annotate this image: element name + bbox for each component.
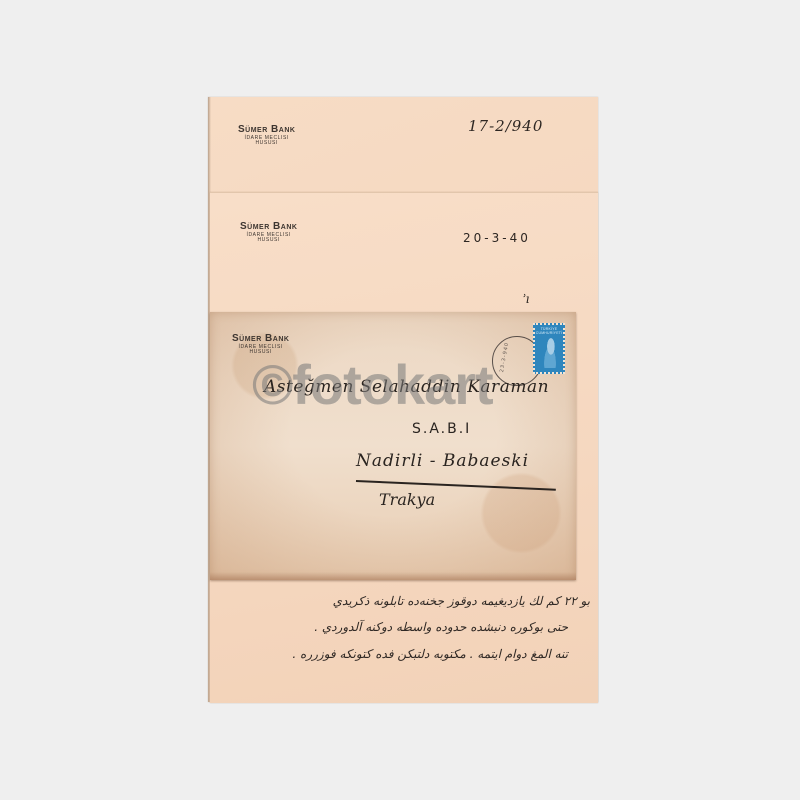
- handwritten-date-middle: 20-3-40: [463, 231, 531, 245]
- address-place: Nadirli - Babaeski: [356, 451, 529, 471]
- portrait-icon: [541, 338, 559, 368]
- letterhead-line2: Hususi: [240, 238, 297, 244]
- bank-name: Sümer Bank: [240, 221, 297, 233]
- postage-stamp: TÜRKİYE CUMHURİYETİ: [533, 323, 565, 374]
- address-region: Trakya: [379, 490, 435, 509]
- letterhead-middle: Sümer Bank İdare Meclisi Hususi: [240, 221, 297, 244]
- stamp-country: TÜRKİYE CUMHURİYETİ: [535, 327, 563, 335]
- letterhead-line2: Hususi: [232, 350, 289, 356]
- address-unit: S.A.B.I: [412, 421, 471, 437]
- margin-handwriting: ʾı: [522, 292, 530, 306]
- letter-body-line: تنه المغ دوام ايتمه . مكتوبه دلتبكن فده …: [292, 647, 568, 661]
- postmark-date: 23-3-940: [499, 346, 509, 373]
- bank-name: Sümer Bank: [232, 333, 289, 345]
- letter-body-line: بو ٢٢ كم لك يازديغيمه دوقوز جخنه‌ده تابل…: [333, 594, 590, 608]
- handwritten-date-back: 17-2/940: [468, 117, 543, 135]
- letterhead-back: Sümer Bank İdare Meclisi Hususi: [238, 124, 295, 147]
- address-recipient: Asteğmen Selahaddin Karaman: [264, 377, 549, 397]
- bank-name: Sümer Bank: [238, 124, 295, 136]
- letter-body-line: حتى بوكوره دنبشده حدوده واسطه دوكنه آلدو…: [314, 620, 568, 634]
- letterhead-line2: Hususi: [238, 141, 295, 147]
- letterhead-envelope: Sümer Bank İdare Meclisi Hususi: [232, 333, 289, 356]
